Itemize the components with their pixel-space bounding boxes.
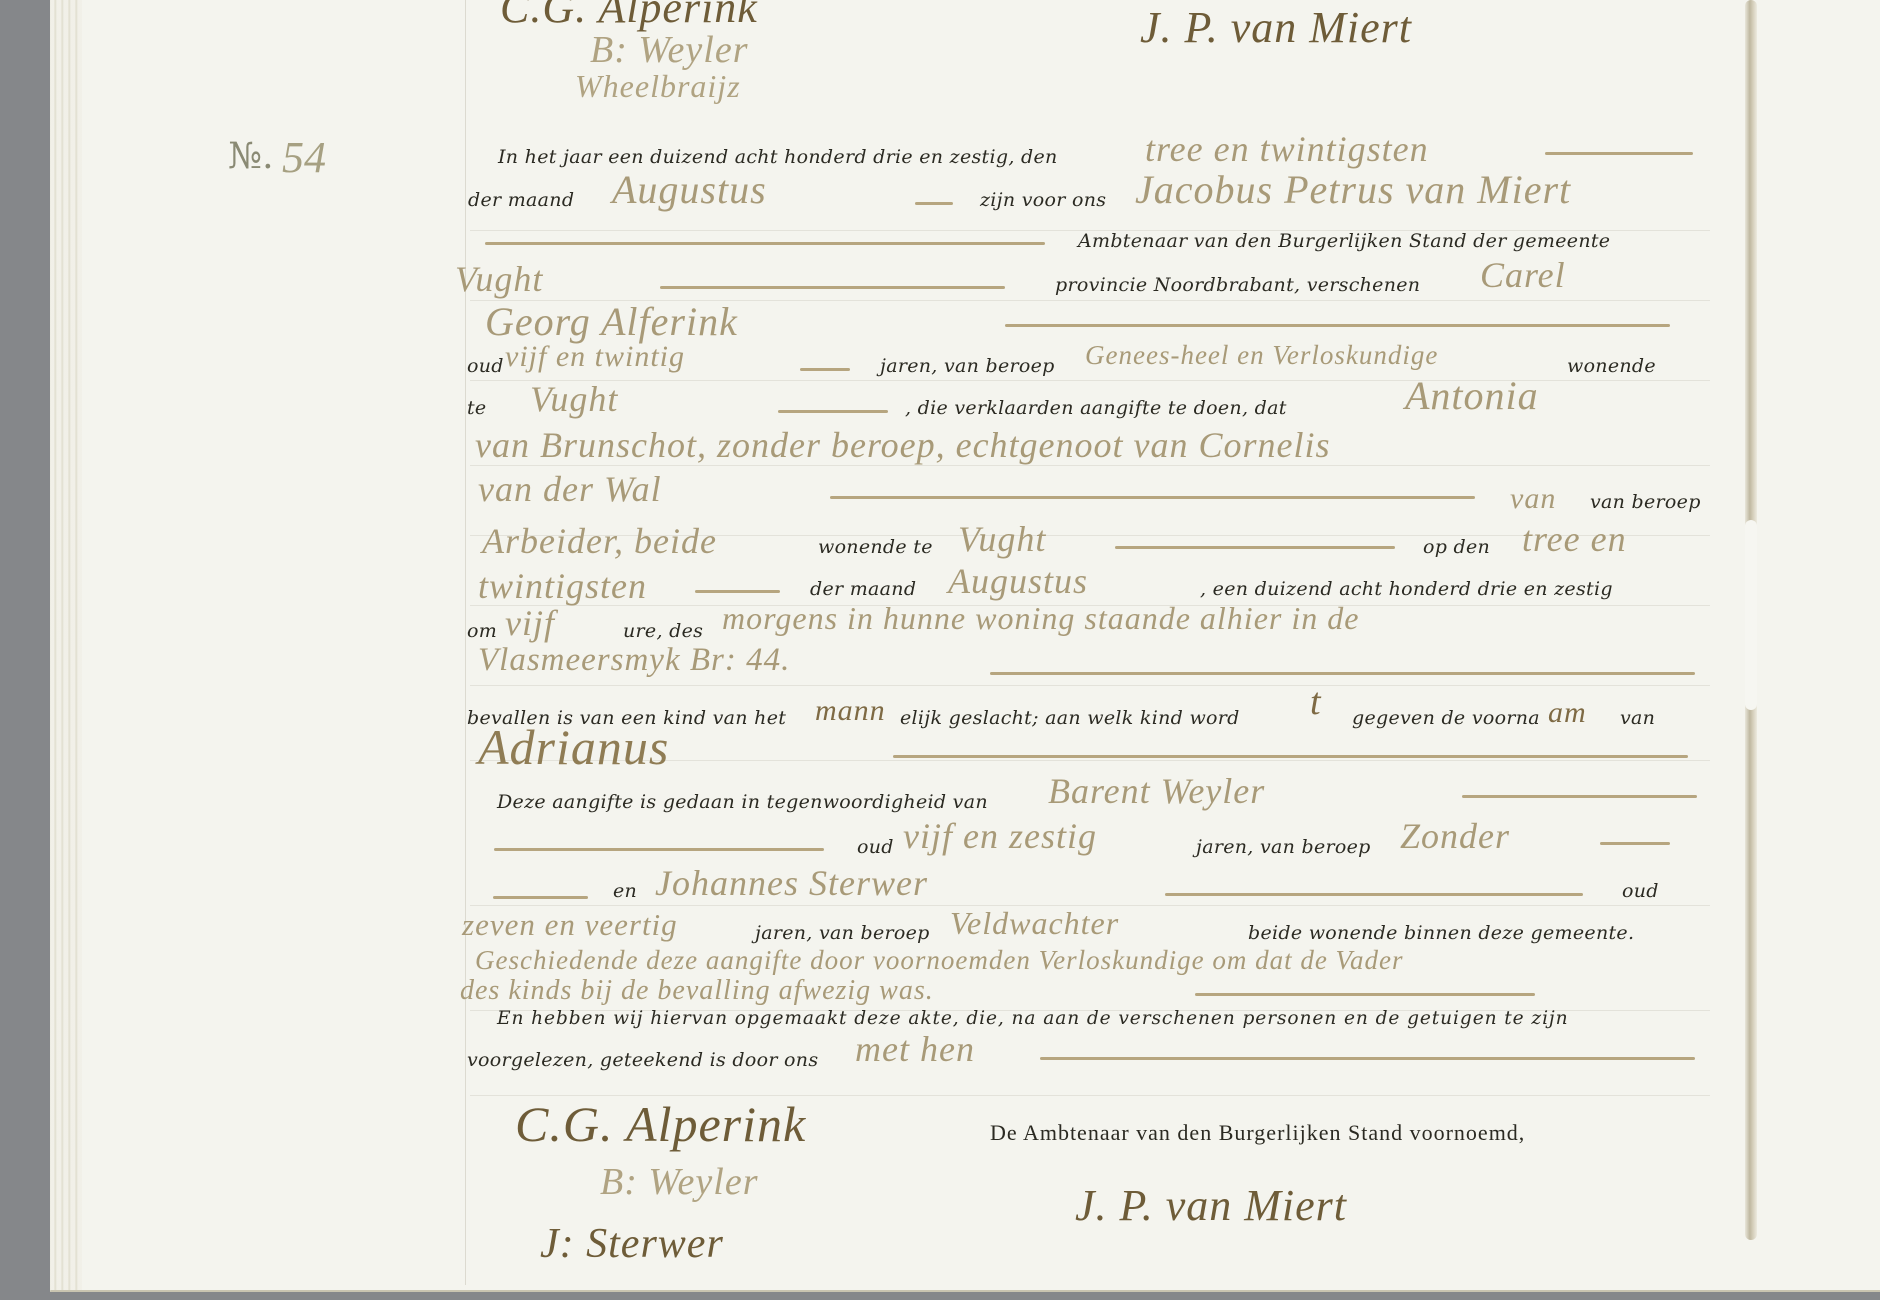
- ruled-line: [470, 685, 1710, 686]
- hand-gender-suffix: t: [1310, 680, 1322, 724]
- fill-line: [493, 896, 588, 899]
- fill-line: [1195, 993, 1535, 996]
- record-number: 54: [282, 132, 326, 183]
- printed-line-7a: te: [467, 397, 486, 419]
- fill-line: [1165, 893, 1583, 896]
- printed-line-19a: jaren, van beroep: [755, 922, 930, 944]
- closing-statement: De Ambtenaar van den Burgerlijken Stand …: [990, 1120, 1525, 1146]
- fill-line: [830, 496, 1475, 499]
- printed-line-2a: der maand: [468, 189, 574, 211]
- hand-declarant-first-name: Carel: [1480, 254, 1566, 296]
- hand-witness1-occupation: Zonder: [1400, 815, 1510, 857]
- printed-line-23: voorgelezen, geteekend is door ons: [467, 1049, 818, 1071]
- top-signature-witness-1: B: Weyler: [590, 28, 748, 72]
- hand-declarant-age: vijf en twintig: [505, 340, 685, 374]
- fill-line: [485, 242, 1045, 245]
- fill-line: [800, 368, 850, 371]
- printed-line-14c: gegeven de voorna: [1352, 707, 1540, 729]
- printed-line-6c: wonende: [1567, 355, 1656, 377]
- hand-birth-day-b: twintigsten: [478, 565, 647, 607]
- bottom-signature-witness-2: J: Sterwer: [540, 1220, 724, 1268]
- hand-residence: Vught: [958, 518, 1046, 560]
- hand-witness2-age: zeven en veertig: [462, 907, 678, 943]
- fill-line: [1115, 546, 1395, 549]
- margin-rule: [465, 0, 466, 1285]
- printed-line-14b: elijk geslacht; aan welk kind word: [900, 707, 1240, 729]
- printed-line-9: van beroep: [1590, 491, 1701, 513]
- hand-municipality: Vught: [455, 258, 543, 300]
- record-number-label: №.: [228, 136, 274, 177]
- fill-line: [1040, 1057, 1695, 1060]
- hand-official-name: Jacobus Petrus van Miert: [1135, 166, 1571, 213]
- hand-birth-month: Augustus: [948, 560, 1088, 602]
- hand-month: Augustus: [612, 166, 767, 213]
- hand-birth-day-a: tree en: [1522, 518, 1627, 560]
- binding-gap: [1745, 520, 1757, 710]
- printed-line-6a: oud: [467, 355, 504, 377]
- printed-line-6b: jaren, van beroep: [880, 355, 1055, 377]
- printed-line-3: Ambtenaar van den Burgerlijken Stand der…: [1078, 230, 1610, 252]
- printed-line-17a: oud: [857, 836, 894, 858]
- printed-line-4: provincie Noordbrabant, verschenen: [1055, 274, 1420, 296]
- hand-declarant-occupation: Genees-heel en Verloskundige: [1085, 340, 1438, 371]
- printed-line-19b: beide wonende binnen deze gemeente.: [1248, 922, 1634, 944]
- top-signature-official: J. P. van Miert: [1140, 2, 1412, 53]
- hand-father-name: van der Wal: [478, 468, 662, 510]
- hand-birth-hour: vijf: [505, 602, 555, 644]
- printed-line-12b: ure, des: [623, 620, 703, 642]
- printed-line-17b: jaren, van beroep: [1196, 836, 1371, 858]
- bottom-signature-witness-1: B: Weyler: [600, 1160, 758, 1204]
- hand-van-word: van: [1510, 482, 1556, 516]
- fill-line: [990, 672, 1695, 675]
- hand-mother-line: van Brunschot, zonder beroep, echtgenoot…: [475, 424, 1331, 466]
- hand-remark-b: des kinds bij de bevalling afwezig was.: [460, 975, 934, 1007]
- fill-line: [1462, 795, 1697, 798]
- hand-mother-first-name: Antonia: [1405, 372, 1539, 419]
- hand-day: tree en twintigsten: [1145, 128, 1429, 170]
- hand-witness2-name: Johannes Sterwer: [655, 862, 928, 904]
- printed-line-7b: , die verklaarden aangifte te doen, dat: [905, 397, 1287, 419]
- hand-gender: mann: [815, 694, 886, 728]
- fill-line: [1005, 324, 1670, 327]
- printed-line-18b: oud: [1622, 880, 1659, 902]
- fill-line: [1600, 842, 1670, 845]
- fill-line: [1545, 152, 1693, 155]
- printed-line-10a: wonende te: [818, 536, 933, 558]
- printed-line-11b: , een duizend acht honderd drie en zesti…: [1200, 578, 1613, 600]
- printed-line-11a: der maand: [810, 578, 916, 600]
- page-stack-edges: [50, 0, 82, 1290]
- fill-line: [494, 848, 824, 851]
- printed-line-12a: om: [467, 620, 497, 642]
- hand-birth-place-b: Vlasmeersmyk Br: 44.: [478, 642, 790, 679]
- printed-line-18a: en: [613, 880, 637, 902]
- hand-witness1-name: Barent Weyler: [1048, 770, 1265, 812]
- top-signature-witness-2: Wheelbraijz: [575, 68, 741, 105]
- hand-name-suffix: am: [1548, 696, 1587, 730]
- printed-line-16a: Deze aangifte is gedaan in tegenwoordigh…: [497, 791, 988, 813]
- printed-line-22: En hebben wij hiervan opgemaakt deze akt…: [497, 1008, 1568, 1029]
- fill-line: [695, 590, 780, 593]
- fill-line: [893, 755, 1688, 758]
- hand-declarant-name: Georg Alferink: [485, 298, 738, 345]
- fill-line: [778, 410, 888, 413]
- hand-signed-with: met hen: [855, 1028, 975, 1070]
- bottom-signature-official: J. P. van Miert: [1075, 1180, 1347, 1231]
- fill-line: [660, 286, 1005, 289]
- hand-remark-a: Geschiedende deze aangifte door voornoem…: [475, 945, 1404, 976]
- register-page: [50, 0, 1880, 1292]
- printed-line-2b: zijn voor ons: [980, 189, 1106, 211]
- hand-declarant-residence: Vught: [530, 378, 618, 420]
- hand-birth-place-a: morgens in hunne woning staande alhier i…: [722, 600, 1359, 637]
- fill-line: [915, 202, 953, 205]
- hand-child-name: Adrianus: [478, 718, 669, 776]
- printed-line-10b: op den: [1423, 536, 1490, 558]
- hand-father-occupation: Arbeider, beide: [482, 520, 717, 562]
- printed-line-14d: van: [1620, 707, 1655, 729]
- printed-line-1: In het jaar een duizend acht honderd dri…: [498, 146, 1058, 168]
- hand-witness1-age: vijf en zestig: [903, 815, 1097, 857]
- bottom-signature-declarant: C.G. Alperink: [515, 1095, 806, 1153]
- hand-witness2-occupation: Veldwachter: [950, 905, 1119, 942]
